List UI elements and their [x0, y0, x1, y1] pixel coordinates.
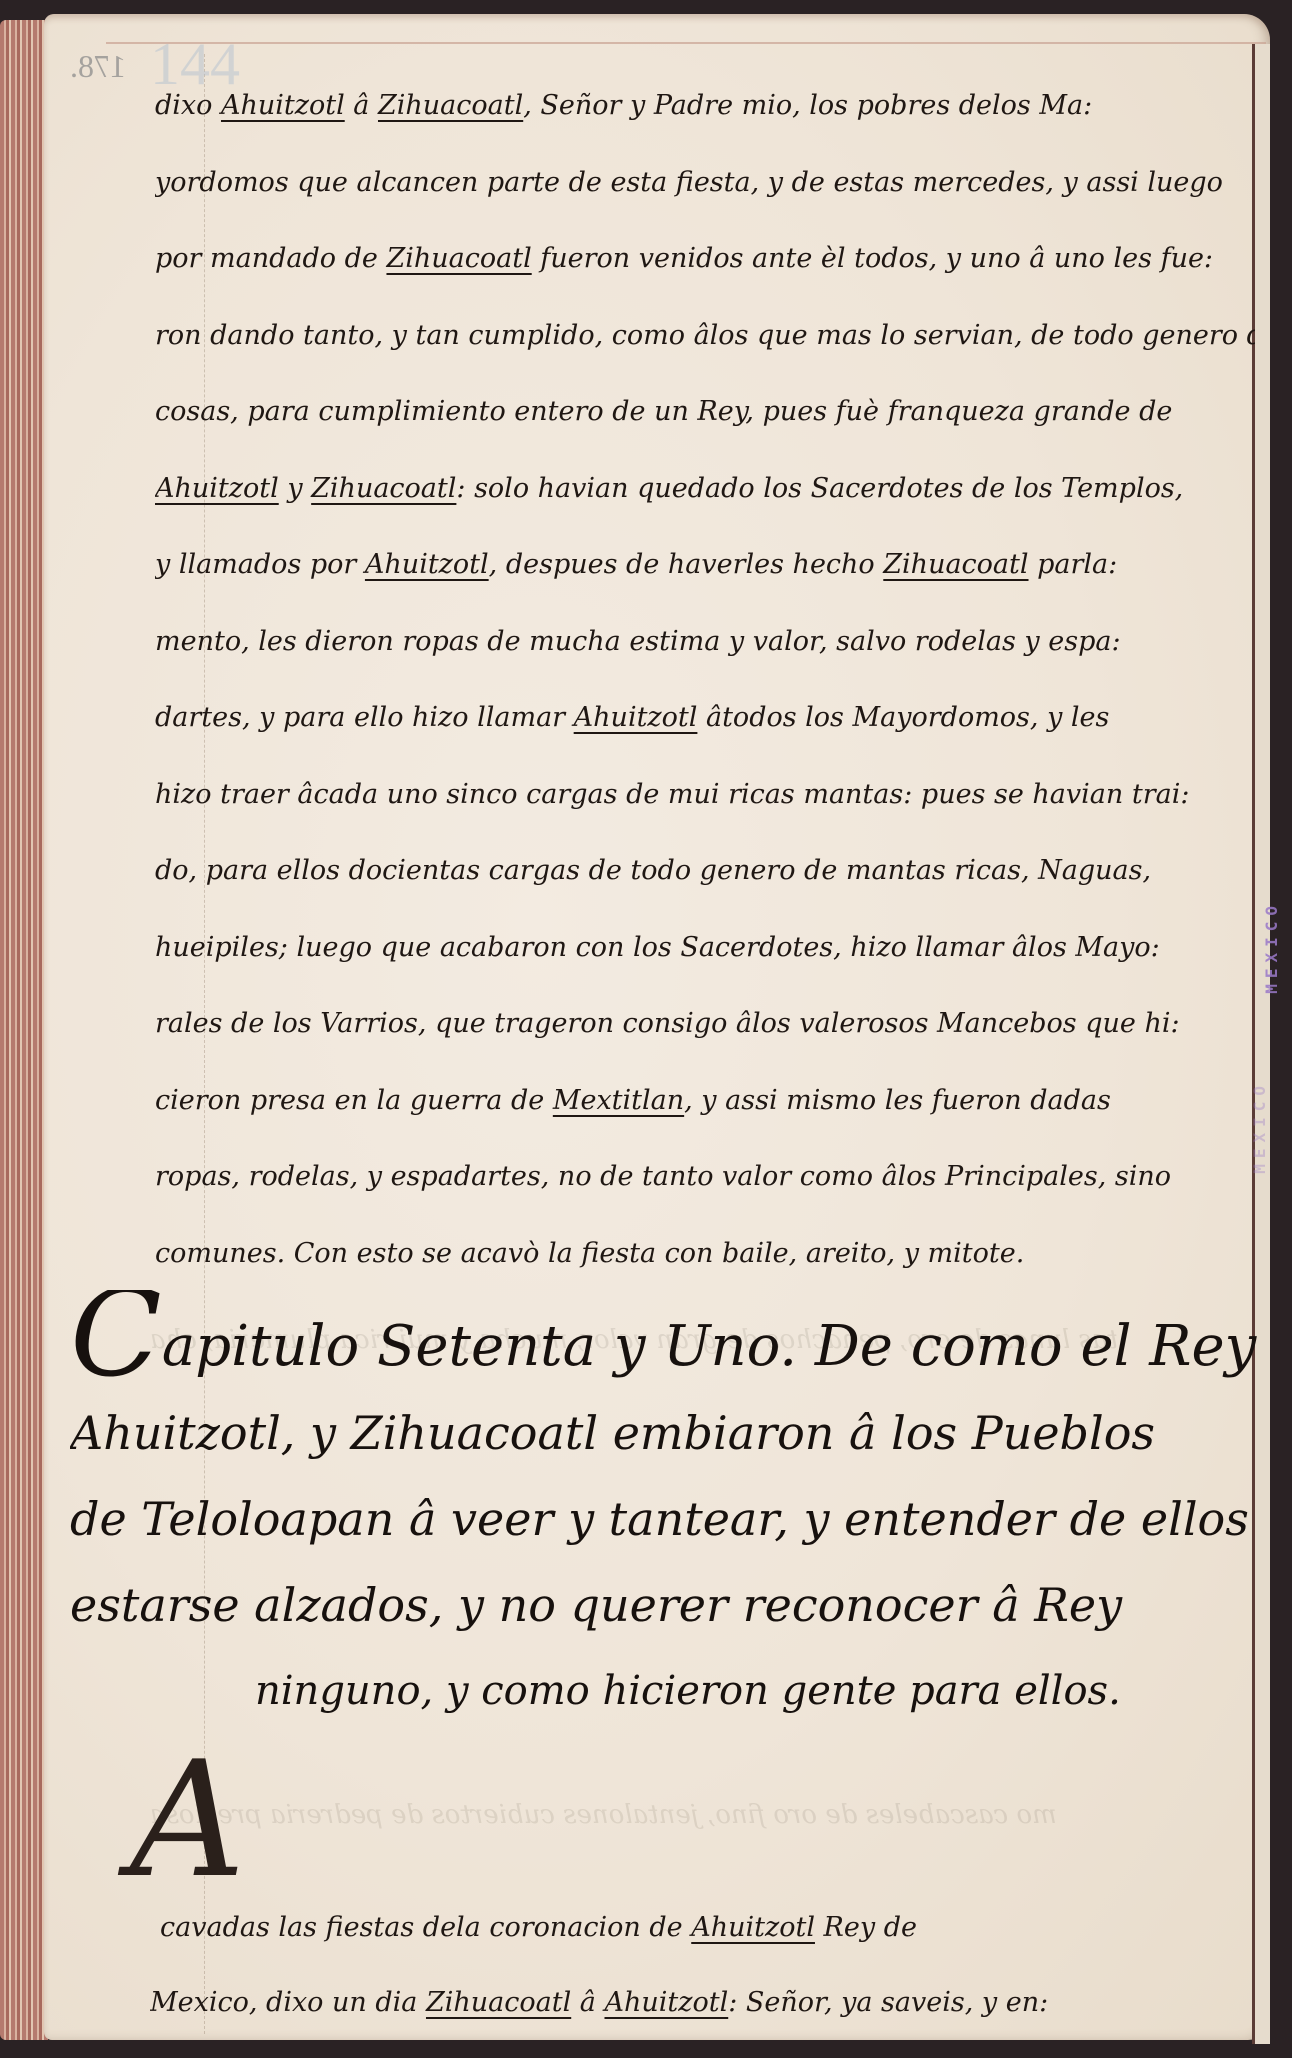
text-run: cosas, para cumplimiento entero de un Re…	[155, 396, 1172, 427]
text-line: por mandado de Zihuacoatl fueron venidos…	[155, 221, 1255, 298]
text-run: â	[345, 90, 378, 121]
underlined-name: Ahuitzotl	[691, 1912, 815, 1943]
bleed-through-text: mo cascabeles de oro fino, jentalones cu…	[150, 1800, 1057, 1830]
text-line: dartes, y para ello hizo llamar Ahuitzot…	[155, 680, 1255, 757]
heading-initial: C	[70, 1290, 162, 1390]
underlined-name: Zihuacoatl	[883, 549, 1028, 580]
text-line: Ahuitzotl y Zihuacoatl: solo havian qued…	[155, 451, 1255, 528]
text-run: fueron venidos ante èl todos, y uno â un…	[532, 243, 1213, 274]
heading-line-5: ninguno, y como hicieron gente para ello…	[70, 1648, 1260, 1734]
underlined-name: Ahuitzotl	[155, 473, 279, 504]
heading-line-4: estarse alzados, y no querer reconocer â…	[70, 1562, 1260, 1648]
text-run: y	[279, 473, 311, 504]
text-run: dartes, y para ello hizo llamar	[155, 702, 574, 733]
underlined-name: Zihuacoatl	[311, 473, 456, 504]
text-run: y llamados por	[155, 549, 365, 580]
underlined-name: Ahuitzotl	[365, 549, 489, 580]
text-run: cavadas las fiestas dela coronacion de	[160, 1912, 691, 1943]
text-run: , Señor y Padre mio, los pobres delos Ma…	[523, 90, 1092, 121]
text-run: hueipiles; luego que acabaron con los Sa…	[155, 932, 1160, 963]
text-line: yordomos que alcancen parte de esta fies…	[155, 145, 1255, 222]
text-line: hizo traer âcada uno sinco cargas de mui…	[155, 757, 1255, 834]
text-run: parla:	[1029, 549, 1118, 580]
paragraph-line: Mexico, dixo un dia Zihuacoatl â Ahuitzo…	[150, 1965, 1250, 2042]
text-line: cosas, para cumplimiento entero de un Re…	[155, 374, 1255, 451]
text-run: â	[571, 1987, 604, 2018]
text-line: cieron presa en la guerra de Mextitlan, …	[155, 1063, 1255, 1140]
library-stamp: MEXICO	[1262, 900, 1276, 994]
folio-number: 178.	[70, 48, 126, 85]
text-line: do, para ellos docientas cargas de todo …	[155, 833, 1255, 910]
text-run: rales de los Varrios, que trageron consi…	[155, 1008, 1180, 1039]
text-run: , despues de haverles hecho	[489, 549, 884, 580]
underlined-name: Ahuitzotl	[574, 702, 698, 733]
text-run: comunes. Con esto se acavò la fiesta con…	[155, 1238, 1024, 1269]
chapter-heading: Capitulo Setenta y Uno. De como el Rey A…	[70, 1290, 1260, 1734]
book-page-edges	[0, 20, 48, 2040]
text-run: mento, les dieron ropas de mucha estima …	[155, 626, 1121, 657]
body-text: dixo Ahuitzotl â Zihuacoatl, Señor y Pad…	[155, 68, 1255, 1292]
text-run: ropas, rodelas, y espadartes, no de tant…	[155, 1161, 1171, 1192]
text-line: ropas, rodelas, y espadartes, no de tant…	[155, 1139, 1255, 1216]
text-line: rales de los Varrios, que trageron consi…	[155, 986, 1255, 1063]
text-line: mento, les dieron ropas de mucha estima …	[155, 604, 1255, 681]
underlined-name: Zihuacoatl	[378, 90, 523, 121]
text-run: cieron presa en la guerra de	[155, 1085, 553, 1116]
text-line: comunes. Con esto se acavò la fiesta con…	[155, 1216, 1255, 1293]
text-run: Mexico, dixo un dia	[150, 1987, 426, 2018]
text-run: : Señor, ya saveis, y en:	[728, 1987, 1048, 2018]
text-run: : solo havian quedado los Sacerdotes de …	[456, 473, 1183, 504]
text-line: y llamados por Ahuitzotl, despues de hav…	[155, 527, 1255, 604]
text-run: do, para ellos docientas cargas de todo …	[155, 855, 1151, 886]
text-line: ron dando tanto, y tan cumplido, como âl…	[155, 298, 1255, 375]
underlined-name: Zihuacoatl	[386, 243, 531, 274]
underlined-name: Ahuitzotl	[604, 1987, 728, 2018]
text-run: por mandado de	[155, 243, 386, 274]
text-line: dixo Ahuitzotl â Zihuacoatl, Señor y Pad…	[155, 68, 1255, 145]
drop-cap-initial: A	[130, 1740, 246, 1900]
top-ruled-line	[106, 42, 1266, 44]
text-run: ron dando tanto, y tan cumplido, como âl…	[155, 320, 1255, 351]
text-run: yordomos que alcancen parte de esta fies…	[155, 167, 1223, 198]
heading-text: apitulo Setenta y Uno. De como el Rey	[162, 1314, 1256, 1379]
text-run: Rey de	[815, 1912, 917, 1943]
text-run: hizo traer âcada uno sinco cargas de mui…	[155, 779, 1189, 810]
text-run: âtodos los Mayordomos, y les	[697, 702, 1109, 733]
heading-line-2: Ahuitzotl, y Zihuacoatl embiaron â los P…	[70, 1390, 1260, 1476]
text-line: hueipiles; luego que acabaron con los Sa…	[155, 910, 1255, 987]
paragraph-line: cavadas las fiestas dela coronacion de A…	[160, 1890, 1260, 1967]
underlined-name: Ahuitzotl	[221, 90, 345, 121]
heading-line-1: Capitulo Setenta y Uno. De como el Rey	[70, 1290, 1260, 1390]
text-run: dixo	[155, 90, 221, 121]
heading-line-3: de Teloloapan â veer y tantear, y entend…	[70, 1476, 1260, 1562]
text-run: , y assi mismo les fueron dadas	[684, 1085, 1111, 1116]
underlined-name: Zihuacoatl	[426, 1987, 571, 2018]
underlined-name: Mextitlan	[553, 1085, 684, 1116]
